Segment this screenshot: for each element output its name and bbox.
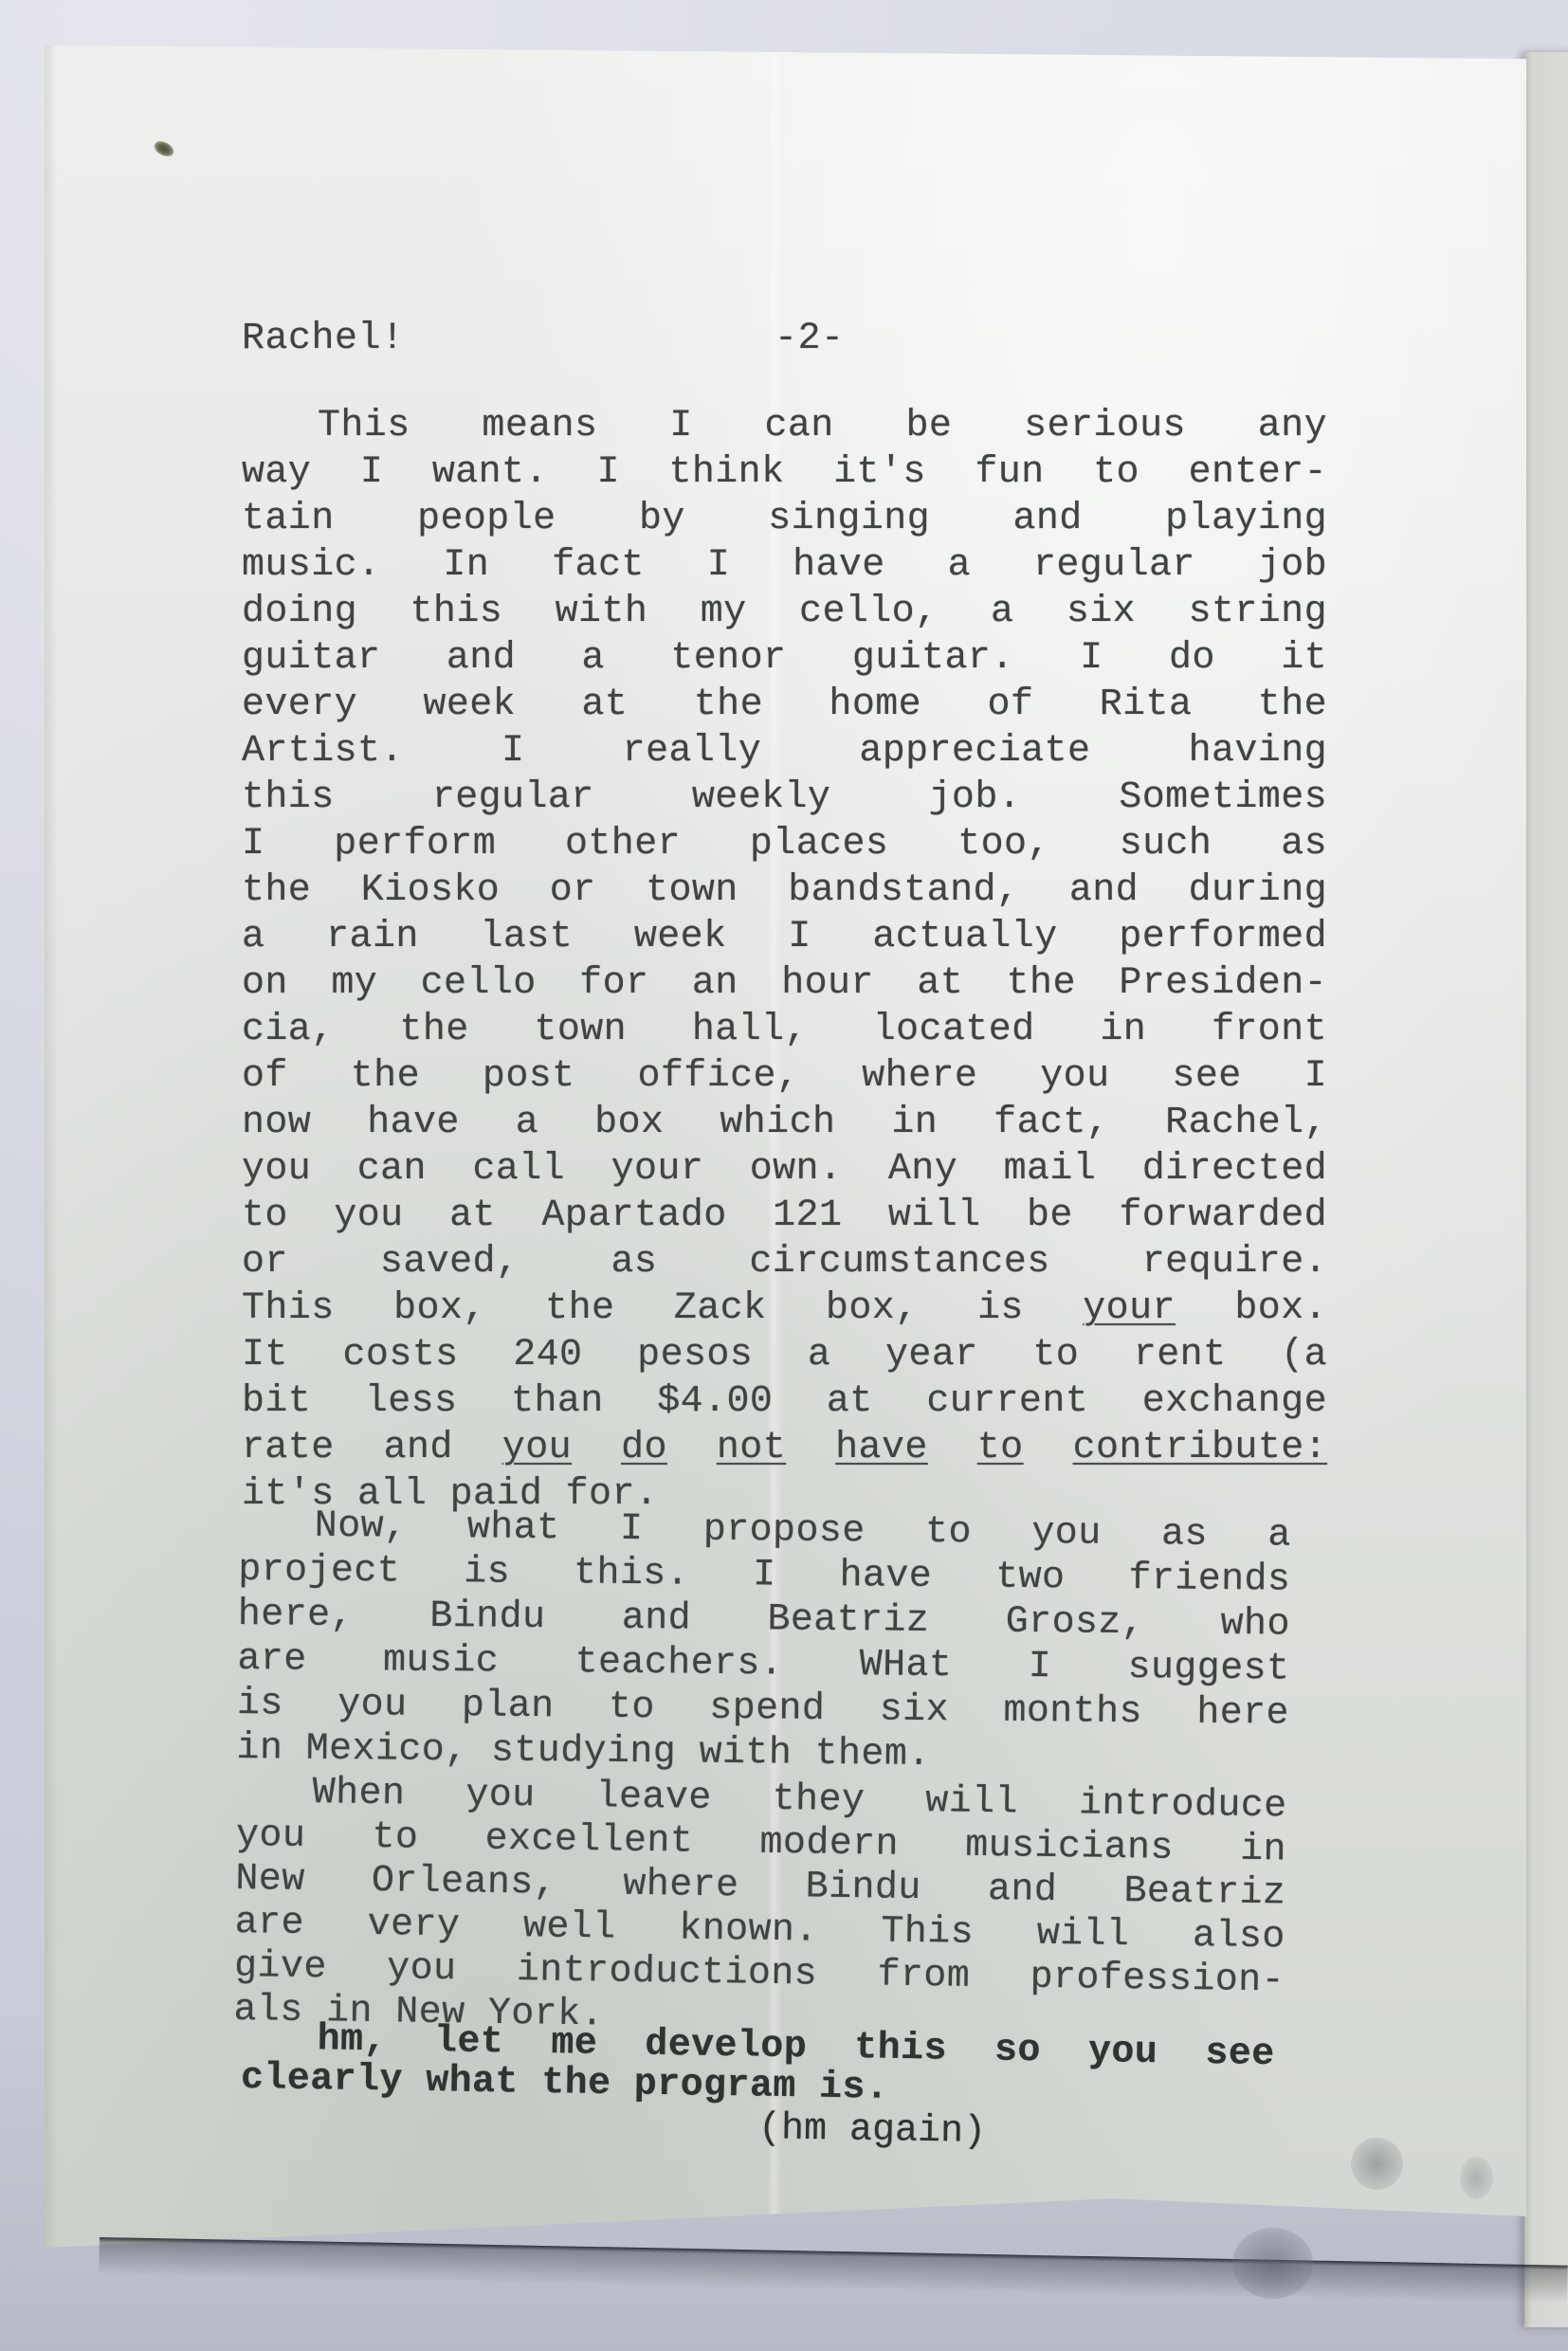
- text-line: doing this with my cello, a six string: [242, 589, 1327, 635]
- underlined-word: not: [717, 1427, 786, 1469]
- text-segment: box.: [1176, 1287, 1327, 1330]
- text-line: you can call your own. Any mail directed: [242, 1146, 1327, 1193]
- stain-mark: [1460, 2157, 1493, 2199]
- text-line: guitar and a tenor guitar. I do it: [242, 635, 1327, 682]
- signoff: (hm again): [758, 2107, 987, 2154]
- text-line-underlined: This box, the Zack box, is your box.: [242, 1285, 1327, 1332]
- text-line: Artist. I really appreciate having: [242, 728, 1327, 775]
- salutation: Rachel!: [242, 318, 405, 360]
- stain-mark: [1232, 2228, 1313, 2299]
- paragraph-4: hm, let me develop this so you see clear…: [241, 2019, 1275, 2115]
- text-line: to you at Apartado 121 will be forwarded: [242, 1193, 1327, 1239]
- text-line: every week at the home of Rita the: [242, 682, 1327, 728]
- text-line: It costs 240 pesos a year to rent (a: [242, 1332, 1327, 1378]
- text-line: now have a box which in fact, Rachel,: [242, 1100, 1327, 1146]
- letter-header: Rachel! -2-: [242, 318, 1341, 365]
- text-line: music. In fact I have a regular job: [242, 542, 1327, 589]
- text-line: the Kiosko or town bandstand, and during: [242, 867, 1327, 914]
- text-line: I perform other places too, such as: [242, 821, 1327, 867]
- underlined-word: you: [502, 1427, 572, 1469]
- text-line: or saved, as circumstances require.: [242, 1239, 1327, 1285]
- text-line: cia, the town hall, located in front: [242, 1007, 1327, 1053]
- text-line: on my cello for an hour at the Presiden-: [242, 960, 1327, 1007]
- text-line: this regular weekly job. Sometimes: [242, 775, 1327, 821]
- text-segment: This box, the Zack box, is: [242, 1287, 1083, 1330]
- page-number: -2-: [775, 318, 845, 360]
- underlined-word: do: [621, 1427, 667, 1469]
- paragraph-2: Now, what I propose to you as a project …: [236, 1504, 1291, 1781]
- underlined-word: your: [1083, 1287, 1176, 1330]
- text-line: This means I can be serious any: [242, 403, 1327, 449]
- text-line-underlined: rate and you do not have to contribute:: [242, 1425, 1327, 1471]
- text-line: a rain last week I actually performed: [242, 914, 1327, 960]
- underlined-word: contribute:: [1073, 1427, 1327, 1469]
- stain-mark: [1351, 2138, 1403, 2190]
- paragraph-1: This means I can be serious any way I wa…: [242, 403, 1327, 1518]
- text-segment: rate and: [242, 1427, 502, 1469]
- adjacent-page-edge: [1524, 52, 1568, 2327]
- text-line: bit less than $4.00 at current exchange: [242, 1378, 1327, 1425]
- underlined-word: to: [977, 1427, 1024, 1469]
- paragraph-3: When you leave they will introduce you t…: [233, 1771, 1287, 2047]
- text-line: of the post office, where you see I: [242, 1053, 1327, 1100]
- text-line: way I want. I think it's fun to enter-: [242, 449, 1327, 496]
- text-line: tain people by singing and playing: [242, 496, 1327, 542]
- underlined-word: have: [835, 1427, 928, 1469]
